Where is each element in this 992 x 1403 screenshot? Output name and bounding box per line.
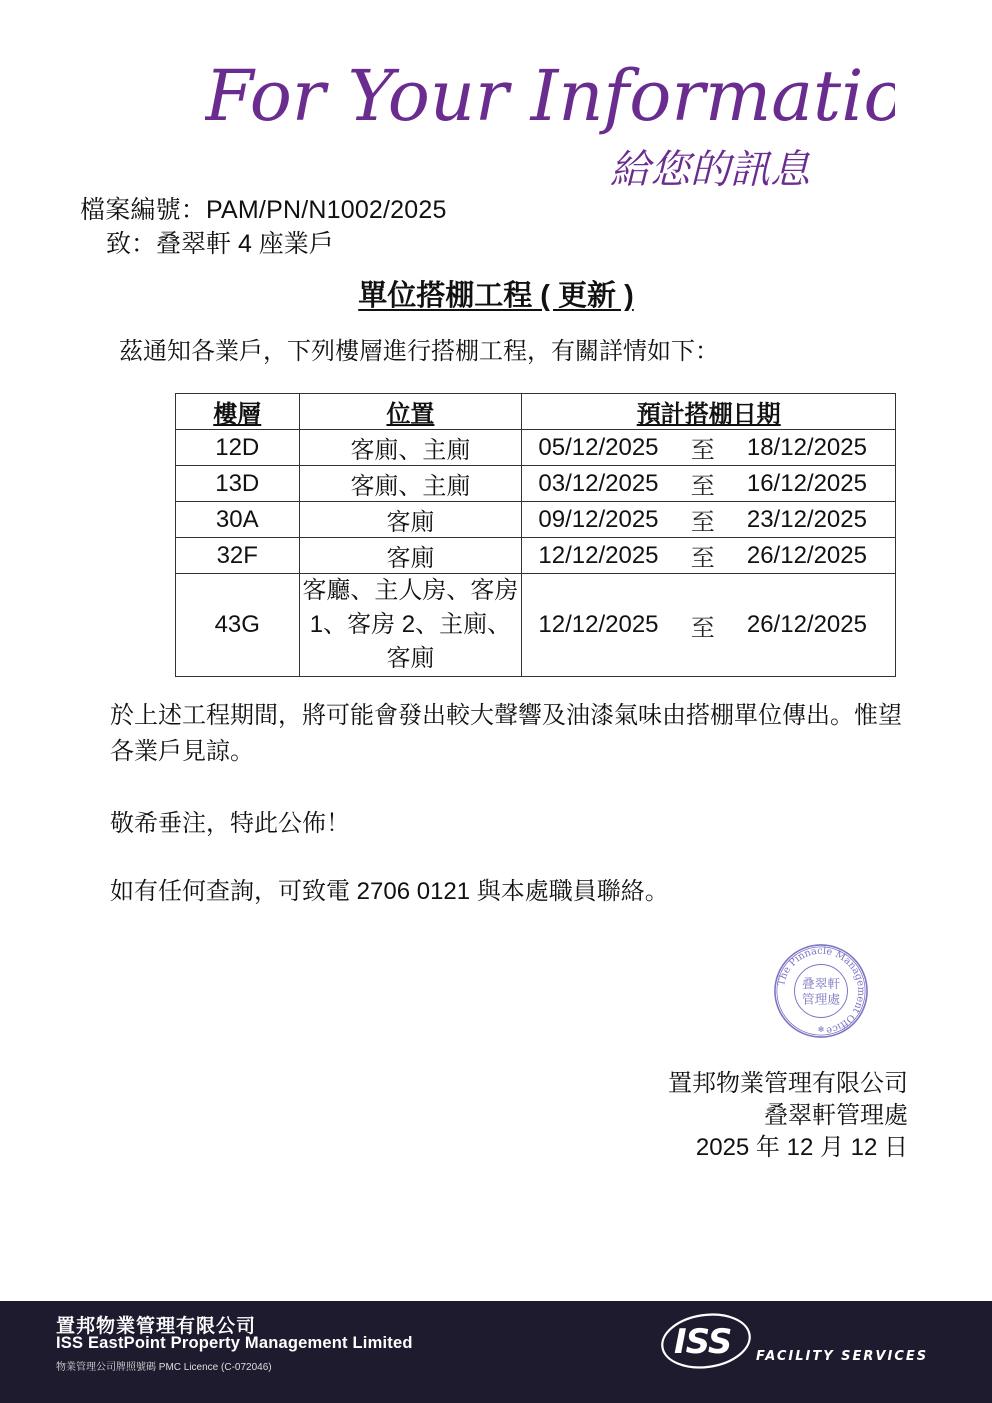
to-label: 至 xyxy=(691,608,715,643)
start-date: 12/12/2025 xyxy=(538,611,658,639)
end-date: 16/12/2025 xyxy=(747,470,867,498)
svg-text:管理處: 管理處 xyxy=(802,992,840,1008)
svg-text:ISS: ISS xyxy=(674,1322,731,1362)
table-row: 30A 客廁 09/12/2025 至 23/12/2025 xyxy=(176,502,896,538)
to-label: 至 xyxy=(691,538,715,573)
signature-date: 2025 年 12 月 12 日 xyxy=(668,1132,908,1164)
for-your-information-banner: For Your Information 給您的訊息 xyxy=(205,48,895,198)
notice-paragraph-attention: 敬希垂注，特此公佈！ xyxy=(110,806,920,842)
table-row: 12D 客廁、主廁 05/12/2025 至 18/12/2025 xyxy=(176,430,896,466)
header-location: 位置 xyxy=(299,394,522,430)
end-date: 26/12/2025 xyxy=(747,611,867,639)
cell-location: 客廁、主廁 xyxy=(299,430,522,466)
recipient: 致：叠翠軒 4 座業戶 xyxy=(106,224,334,260)
reference-number: 檔案編號：PAM/PN/N1002/2025 xyxy=(80,190,447,226)
cell-floor: 13D xyxy=(176,466,300,502)
start-date: 09/12/2025 xyxy=(538,506,658,534)
end-date: 23/12/2025 xyxy=(747,506,867,534)
notice-paragraph-noise: 於上述工程期間，將可能會發出較大聲響及油漆氣味由搭棚單位傳出。惟望各業戶見諒。 xyxy=(110,698,920,770)
cell-floor: 30A xyxy=(176,502,300,538)
cell-floor: 32F xyxy=(176,538,300,574)
svg-text:FACILITY SERVICES: FACILITY SERVICES xyxy=(756,1349,928,1364)
notice-intro: 茲通知各業戶，下列樓層進行搭棚工程，有關詳情如下： xyxy=(119,331,719,366)
svg-text:叠翠軒: 叠翠軒 xyxy=(802,976,840,992)
table-row: 32F 客廁 12/12/2025 至 26/12/2025 xyxy=(176,538,896,574)
header-dates: 預計搭棚日期 xyxy=(522,394,896,430)
cell-dates: 03/12/2025 至 16/12/2025 xyxy=(522,466,896,502)
to-label: 至 xyxy=(691,466,715,501)
svg-text:給您的訊息: 給您的訊息 xyxy=(610,147,812,193)
cell-floor: 12D xyxy=(176,430,300,466)
cell-dates: 12/12/2025 至 26/12/2025 xyxy=(522,574,896,677)
cell-floor: 43G xyxy=(176,574,300,677)
cell-dates: 12/12/2025 至 26/12/2025 xyxy=(522,538,896,574)
footer-licence: 物業管理公司牌照號碼 PMC Licence (C-072046) xyxy=(56,1358,272,1373)
table-row: 13D 客廁、主廁 03/12/2025 至 16/12/2025 xyxy=(176,466,896,502)
signature-office: 叠翠軒管理處 xyxy=(668,1100,908,1132)
end-date: 26/12/2025 xyxy=(747,542,867,570)
management-office-seal: The Pinnacle Management Office 叠翠軒 管理處 ✻ xyxy=(772,942,870,1040)
scaffolding-schedule-table: 樓層 位置 預計搭棚日期 12D 客廁、主廁 05/12/2025 至 18/1… xyxy=(175,393,896,677)
to-label: 至 xyxy=(691,502,715,537)
table-row: 43G 客廳、主人房、客房 1、客房 2、主廁、客廁 12/12/2025 至 … xyxy=(176,574,896,677)
reference-label: 檔案編號： xyxy=(80,196,206,224)
footer-company-en: ISS EastPoint Property Management Limite… xyxy=(56,1334,413,1353)
notice-title: 單位搭棚工程 ( 更新 ) xyxy=(0,273,992,314)
seal-stamp-icon: The Pinnacle Management Office 叠翠軒 管理處 ✻ xyxy=(772,942,870,1040)
to-label: 至 xyxy=(691,430,715,465)
cell-dates: 09/12/2025 至 23/12/2025 xyxy=(522,502,896,538)
cell-location: 客廁、主廁 xyxy=(299,466,522,502)
notice-paragraph-enquiry: 如有任何查詢，可致電 2706 0121 與本處職員聯絡。 xyxy=(110,874,920,910)
iss-facility-services-logo-icon: ISS FACILITY SERVICES xyxy=(660,1309,980,1373)
cell-location: 客廁 xyxy=(299,502,522,538)
svg-text:✻: ✻ xyxy=(818,1025,825,1034)
cell-dates: 05/12/2025 至 18/12/2025 xyxy=(522,430,896,466)
header-floor: 樓層 xyxy=(176,394,300,430)
end-date: 18/12/2025 xyxy=(747,434,867,462)
fyi-script-logo-icon: For Your Information 給您的訊息 xyxy=(205,48,895,198)
cell-location: 客廁 xyxy=(299,538,522,574)
svg-text:For Your Information: For Your Information xyxy=(205,55,895,137)
signature-company: 置邦物業管理有限公司 xyxy=(668,1068,908,1100)
start-date: 03/12/2025 xyxy=(538,470,658,498)
cell-location: 客廳、主人房、客房 1、客房 2、主廁、客廁 xyxy=(299,574,522,677)
start-date: 05/12/2025 xyxy=(538,434,658,462)
signature-block: 置邦物業管理有限公司 叠翠軒管理處 2025 年 12 月 12 日 xyxy=(668,1068,908,1164)
company-footer: 置邦物業管理有限公司 ISS EastPoint Property Manage… xyxy=(0,1301,992,1403)
table-header-row: 樓層 位置 預計搭棚日期 xyxy=(176,394,896,430)
reference-value: PAM/PN/N1002/2025 xyxy=(206,196,447,224)
start-date: 12/12/2025 xyxy=(538,542,658,570)
